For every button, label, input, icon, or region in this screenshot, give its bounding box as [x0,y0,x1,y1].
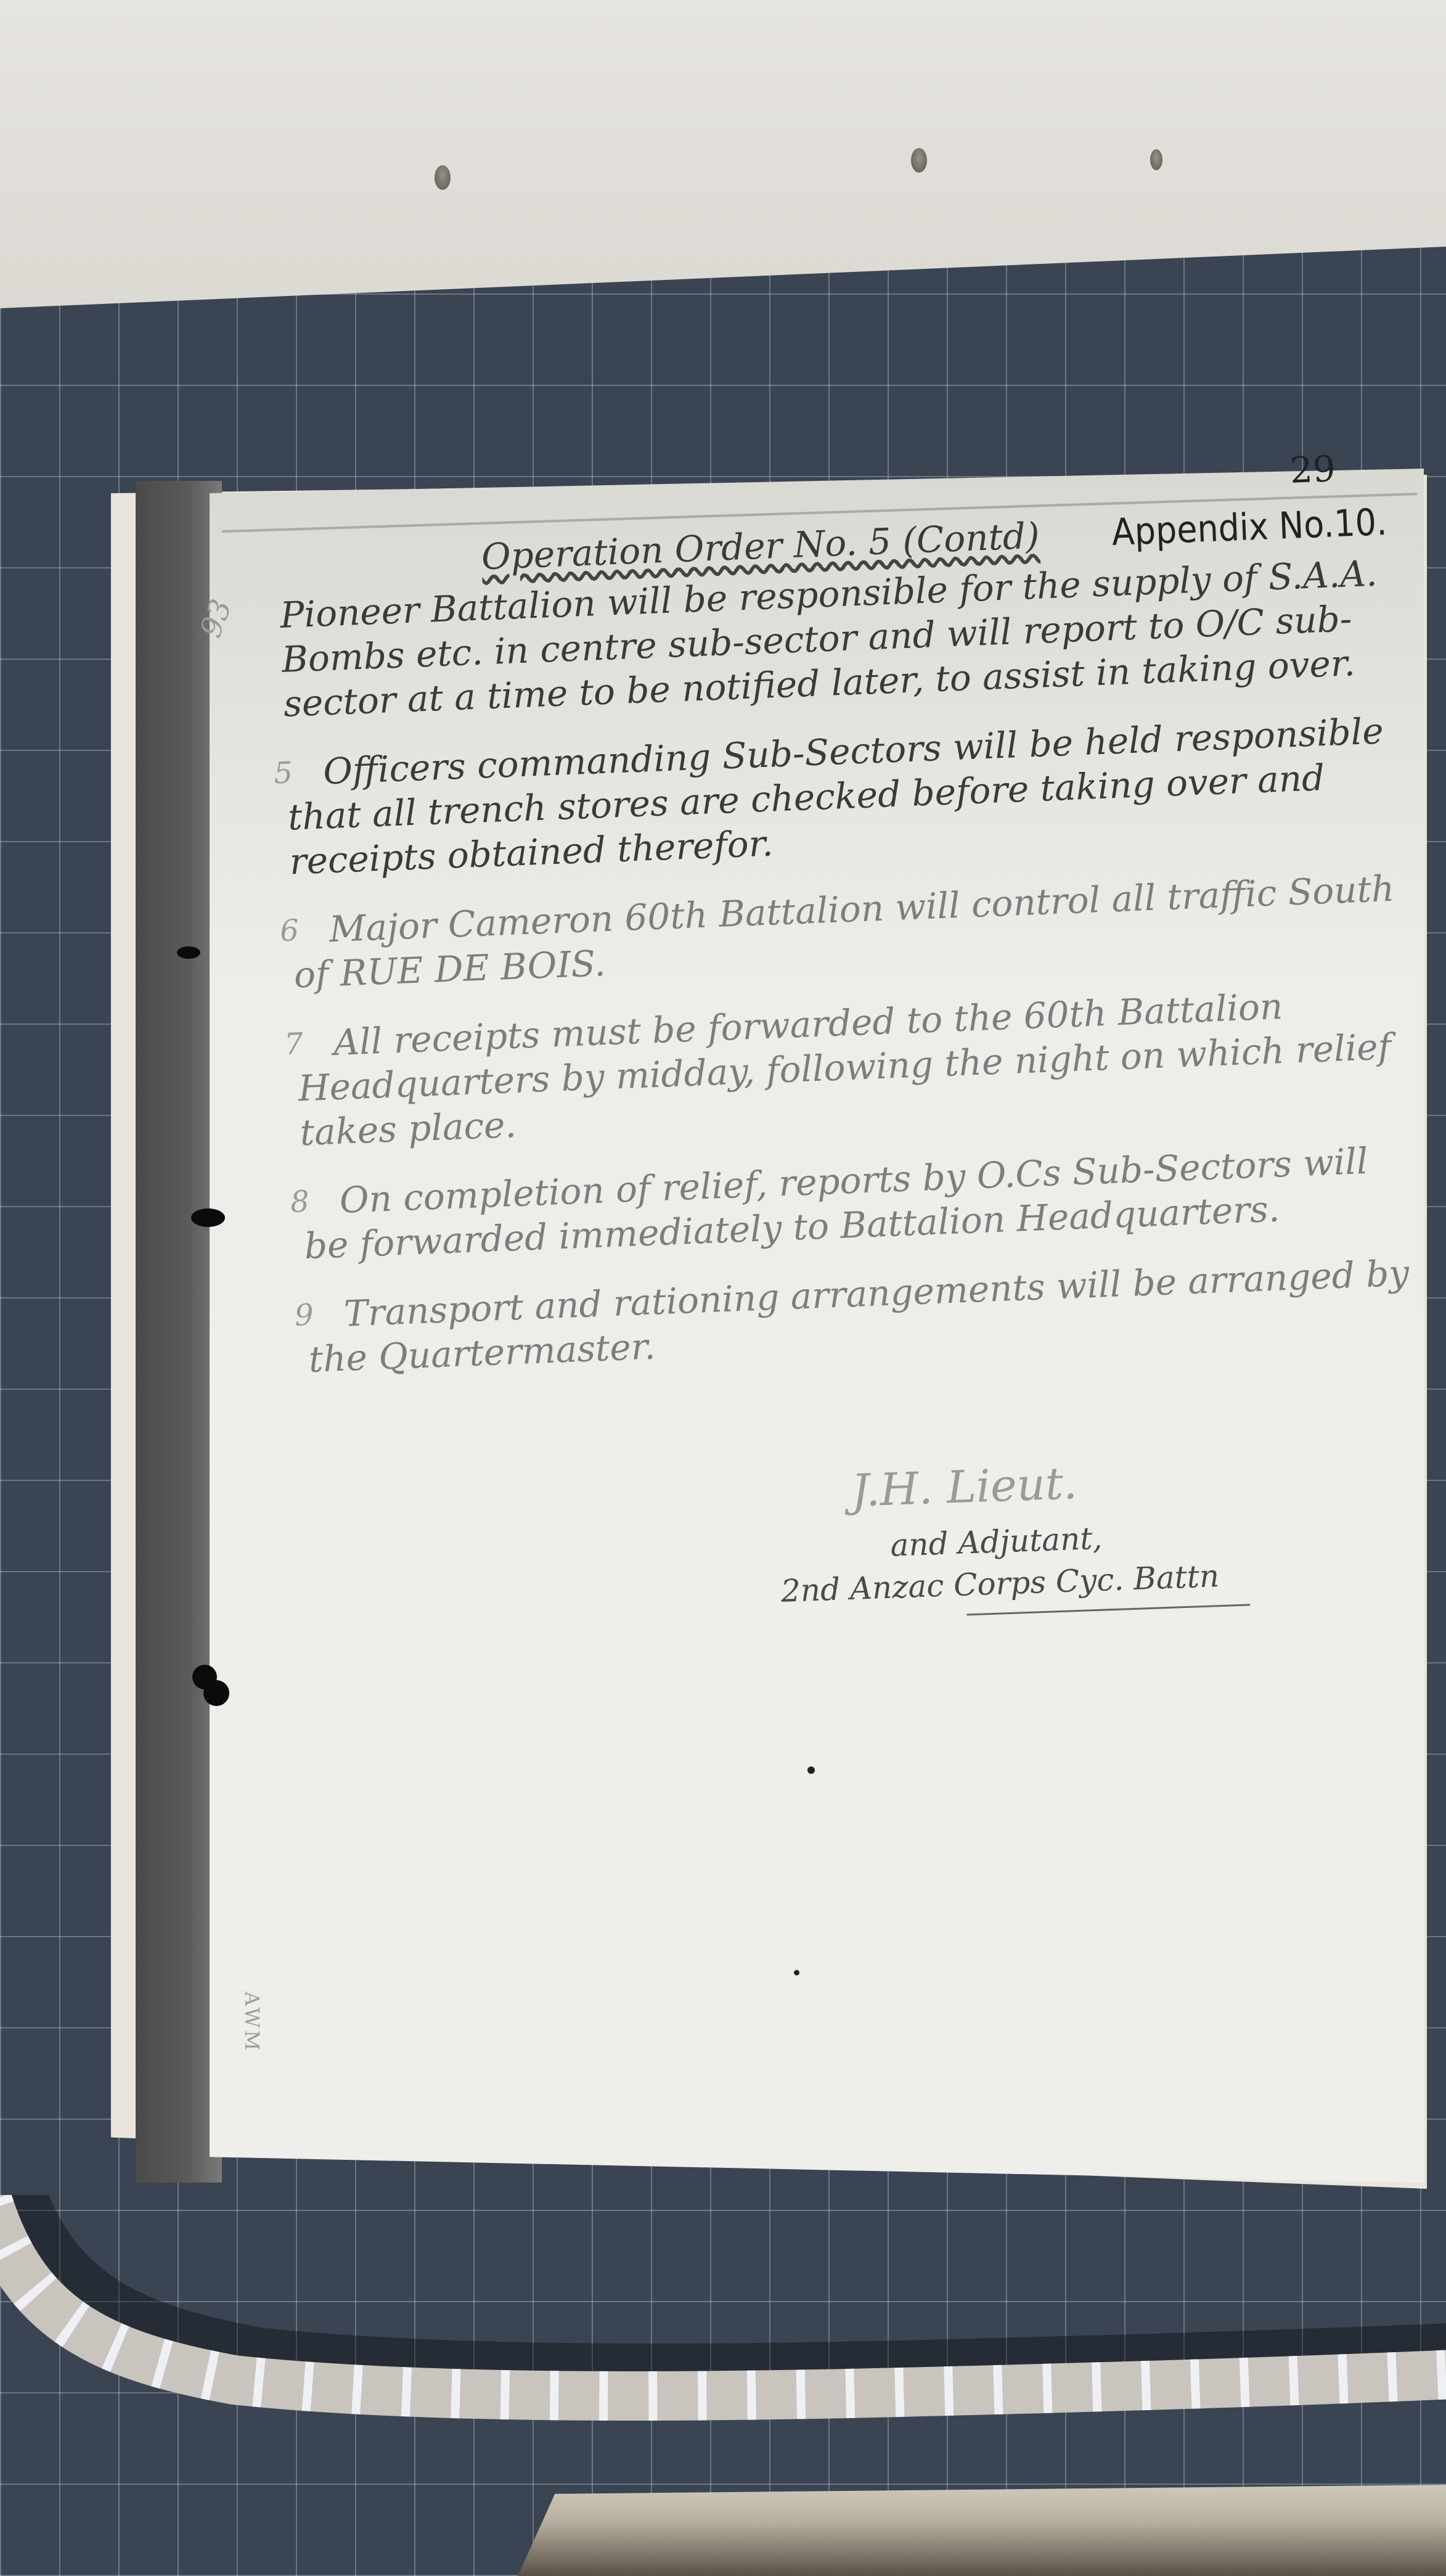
binder-hole [203,1680,229,1706]
binder-hole [177,946,200,959]
binder-hole [191,1208,225,1227]
paragraph-number: 8 [253,1179,310,1226]
document-body: 29 Operation Order No. 5 (Contd) Appendi… [277,500,1418,1382]
page-number: 29 [1289,446,1337,493]
paragraph-text: Major Cameron 60th Battalion will contro… [293,868,1395,996]
punch-hole [1150,149,1162,170]
paragraph-text: Officers commanding Sub-Sectors will be … [287,710,1384,882]
paragraph-number: 5 [236,750,293,797]
binding-cord [0,2195,1446,2454]
punch-hole [911,148,927,173]
paragraph: 5 Officers commanding Sub-Sectors will b… [285,708,1399,884]
cover-sheet [0,0,1446,308]
mount-spine [136,481,222,2183]
paragraph-number: 7 [247,1022,304,1068]
paragraph-text: On completion of relief, reports by O.Cs… [304,1140,1369,1267]
paragraph-number: 9 [257,1293,314,1339]
signature-block: J.H. Lieut. and Adjutant, 2nd Anzac Corp… [777,1445,1410,1622]
paragraph: 8 On completion of relief, reports by O.… [302,1137,1414,1268]
paragraph-number: 6 [242,908,300,954]
paper-speck [807,1766,815,1774]
folder-edge [518,2485,1446,2576]
paragraph: 7 All receipts must be forwarded to the … [296,979,1410,1155]
signatory-unit: 2nd Anzac Corps Cyc. Battn [780,1551,1410,1609]
paper-speck [794,1970,799,1975]
paragraph-text: All receipts must be forwarded to the 60… [298,985,1392,1154]
punch-hole [435,165,451,190]
paragraph: 6 Major Cameron 60th Battalion will cont… [292,866,1403,997]
archive-stamp: AWM [240,1991,264,2053]
